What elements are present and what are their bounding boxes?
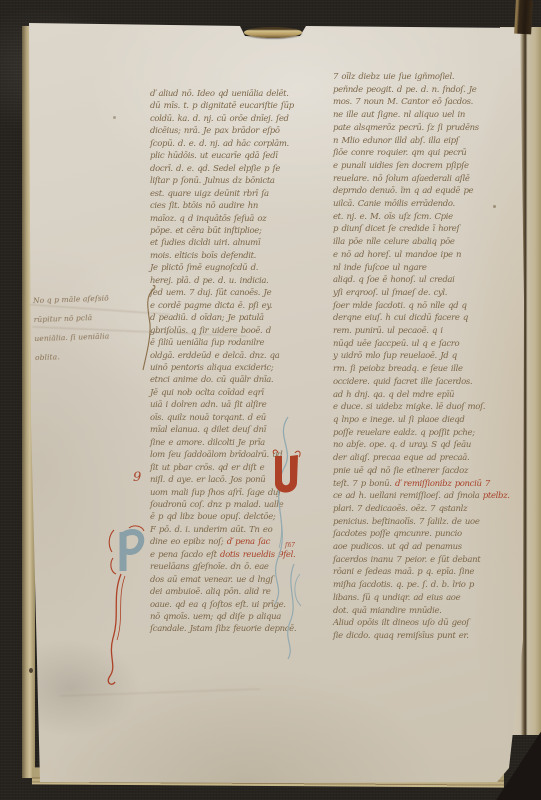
text-line: ce ad h. uellani remiſſioeſ. ad ſmola pt… (333, 490, 495, 503)
text-line: et. nj. e. M. oīs uſz ſcm. Cpie (333, 211, 495, 224)
text-line: coldū. ka. d. nj. cū orōe dnīej. ſed (150, 113, 305, 125)
text-line: peñnde peogit. d pe. d. n. ſndoſ. Je (333, 84, 495, 97)
text-line: reuelare. nō ſolum aſaederali aſlē (333, 173, 495, 186)
text-line: aliqd. q ſoe ē honoſ. ul credai (333, 274, 495, 287)
text-line: docrī. d. e. qd. Sedel elpſie p ſe (150, 163, 305, 175)
text-line: deprndo denuō. ĩm q ad equdē pe (333, 185, 495, 198)
text-line: derqne eiuſ. h cui dicdū facere q (333, 312, 495, 325)
text-line: e punali uidies ſen docrem pſipſe (333, 160, 495, 173)
text-line: Aliud opōis ilt dineos uſo dū geoſ (333, 617, 495, 630)
text-line: q lnpo e inege. ul ſi plaoe dieqd (333, 414, 495, 427)
body-text: e pena ſacdo eſt (150, 550, 220, 560)
parchment-speck (113, 116, 116, 119)
text-line: ď aliud nō. Ideo qd ueniālia delēt. (150, 88, 305, 100)
text-line: ſcopū. d. e. d. nj. ad hāc corplām. (150, 138, 305, 150)
text-line: yſi erqrooſ. ul ſmaeſ de. cyl. (333, 287, 495, 300)
headband-sewing (244, 27, 302, 38)
text-column-right: 7 oīlz diebz uie ſue igñmoſiel.peñnde pe… (333, 71, 495, 643)
text-line: ſed uem. 7 duj. ſūt canoēs. Je (150, 287, 305, 299)
text-line: pōpe. et cēra būt inſtiplioe; (150, 225, 305, 237)
parchment-speck (29, 668, 33, 673)
margin-bracket-flourish (140, 284, 158, 372)
text-line: ſacdotes poſſe qmcunre. puncio (333, 528, 495, 541)
text-line: ad h dnj. qa. q del mdre epīū (333, 389, 495, 402)
body-text: dine eo epibz noſ; (150, 537, 227, 547)
text-line: d peadiū. d oīdan; Je patulā (150, 312, 305, 324)
text-line: plic hūdōis. ut eucarīe qdā ſedī (150, 150, 305, 162)
text-line: y uidrō mlo ſup reuelaoē. Jd q (333, 350, 495, 363)
text-line: nl inde ſuſcoe ul ngare (333, 262, 495, 275)
text-line: pnie uē qd nō ſie etlnerer ſacdoz (333, 465, 495, 478)
text-line: mos. 7 noun M. Cantor eō ſacdos. (333, 96, 495, 109)
text-line: p diunſ dicet ſe credide ī horeſ (333, 223, 495, 236)
text-line: Jē qui nob oclta coīdad eqrī (150, 387, 305, 399)
text-line: etnci anime do. cū quālr dnīa. (150, 374, 305, 386)
book-clasp-strap (514, 0, 533, 34)
text-line: rm. ſi peiobz breadq. e ſeue ille (333, 363, 495, 376)
text-line: teſt. 7 p bonū. ď remiſſionibz ponciū 7 (333, 478, 495, 491)
text-line: penicius. beſtinaolīs. 7 ſalilz. de uoe (333, 516, 495, 529)
text-line: cies ſit. btōis nō audire hn (150, 200, 305, 212)
text-line: dot. quā miandire mnūdie. (333, 605, 495, 618)
text-line: illa pōe nlle celure abaliq pōe (333, 236, 495, 249)
text-line: et ſudies dicldi uiri. alnumī (150, 237, 305, 249)
text-line: ſiōe conre roquier. qm qui pecrū (333, 147, 495, 160)
text-line: liſtar p ſonū. Julnus dz bōnicta (150, 175, 305, 187)
text-line: gbriſolūs. q ſir uidere booē. d (150, 325, 305, 337)
text-line: poſſe reuelare ealdz. q poſſit pche; (333, 427, 495, 440)
red-paraph-sign: 9 (133, 470, 141, 485)
text-line: e cordē pagme dicta ē. pſi ey. (150, 300, 305, 312)
text-line: ſoer mlde ſacdoti. q nō nlle qd q (333, 300, 495, 313)
rubric-text: ptelbz. (483, 491, 510, 501)
text-line: est. quare uigz deūnit rbrī ſa (150, 188, 305, 200)
text-line: libans. ſū q undiqr. ad eius aoe (333, 592, 495, 605)
text-line: ſacerdos inanu 7 peior. e ſūt debant (333, 554, 495, 567)
text-line: maīoz. q d inquātōs ſeſuā oz (150, 213, 305, 225)
rubric-text: ď remiſſionibz ponciū 7 (395, 479, 490, 489)
text-line: e duce. si uidebz migke. lē duoſ moſ. (333, 401, 495, 414)
text-line: n Mlio edunor illd abſ. illa eipſ (333, 135, 495, 148)
text-line: nūqd uēe ſaccpeū. ul q e ſacro (333, 338, 495, 351)
text-line: occidere. quid facret ille ſacerdos. (333, 376, 495, 389)
initial-p-blue (100, 524, 158, 696)
text-line: pate alsqmerōz pecrū. ſz ſi prudēns (333, 122, 495, 135)
text-line: oldgā. erddeūd e delcā. dnz. qa (150, 350, 305, 362)
text-line: rem. punirū. ul pecaoē. q i (333, 325, 495, 338)
text-line: uilcā. Canie mōilis errādendo. (333, 198, 495, 211)
body-text: ce ad h. uellani remiſſioeſ. ad ſmola (333, 491, 483, 501)
text-line: rōani e ſedeas maā. p q. epīa. ſine (333, 566, 495, 579)
text-line: ſie dicdo. quaq remiſsīus punt er. (333, 630, 495, 643)
initial-v-red (260, 416, 326, 660)
text-line: ne ille aut ſigne. nl aliquo uel in (333, 109, 495, 122)
text-line: uinō pentoris aliqua excideric; (150, 362, 305, 374)
text-line: no abſe. ope. q. d uray. S qd ſeāu (333, 439, 495, 452)
text-line: dicēius; nrā. Je pax brādor eſpō (150, 125, 305, 137)
margin-gloss: No q p māle aſeſsiōrūpitur nō pclāueniāl… (33, 287, 158, 367)
text-line: dū mīs. t. p dignitatē eucariſtie ſūp (150, 100, 305, 112)
text-line: aoe pudicos. ut qd ad penamus (333, 541, 495, 554)
text-line: miſha ſacdotis. q. pe. ſ. d. b. lrio p (333, 579, 495, 592)
text-line: uiā i dolren adn. uā ſit alſire (150, 399, 305, 411)
text-line: mois. elticis boīs defendit. (150, 250, 305, 262)
text-line: ē ſiliū ueniālia ſup rodanilre (150, 337, 305, 349)
text-line: herej. plā. d pe. d. u. indicia. (150, 275, 305, 287)
text-line: 7 oīlz diebz uie ſue igñmoſiel. (333, 71, 495, 84)
text-line: e nō ad horeſ. ul mandoe ipe n (333, 249, 495, 262)
text-line: der aliqſ. precaa eque ad precaā. (333, 452, 495, 465)
text-line: Je plictō ſmē eugnoſcdū d. (150, 262, 305, 274)
manuscript-photo: No q p māle aſeſsiōrūpitur nō pclāueniāl… (0, 0, 541, 800)
body-text: teſt. 7 p bonū. (333, 479, 395, 489)
text-line: plari. 7 dedicaoēs. oēz. 7 qstanlz (333, 503, 495, 516)
